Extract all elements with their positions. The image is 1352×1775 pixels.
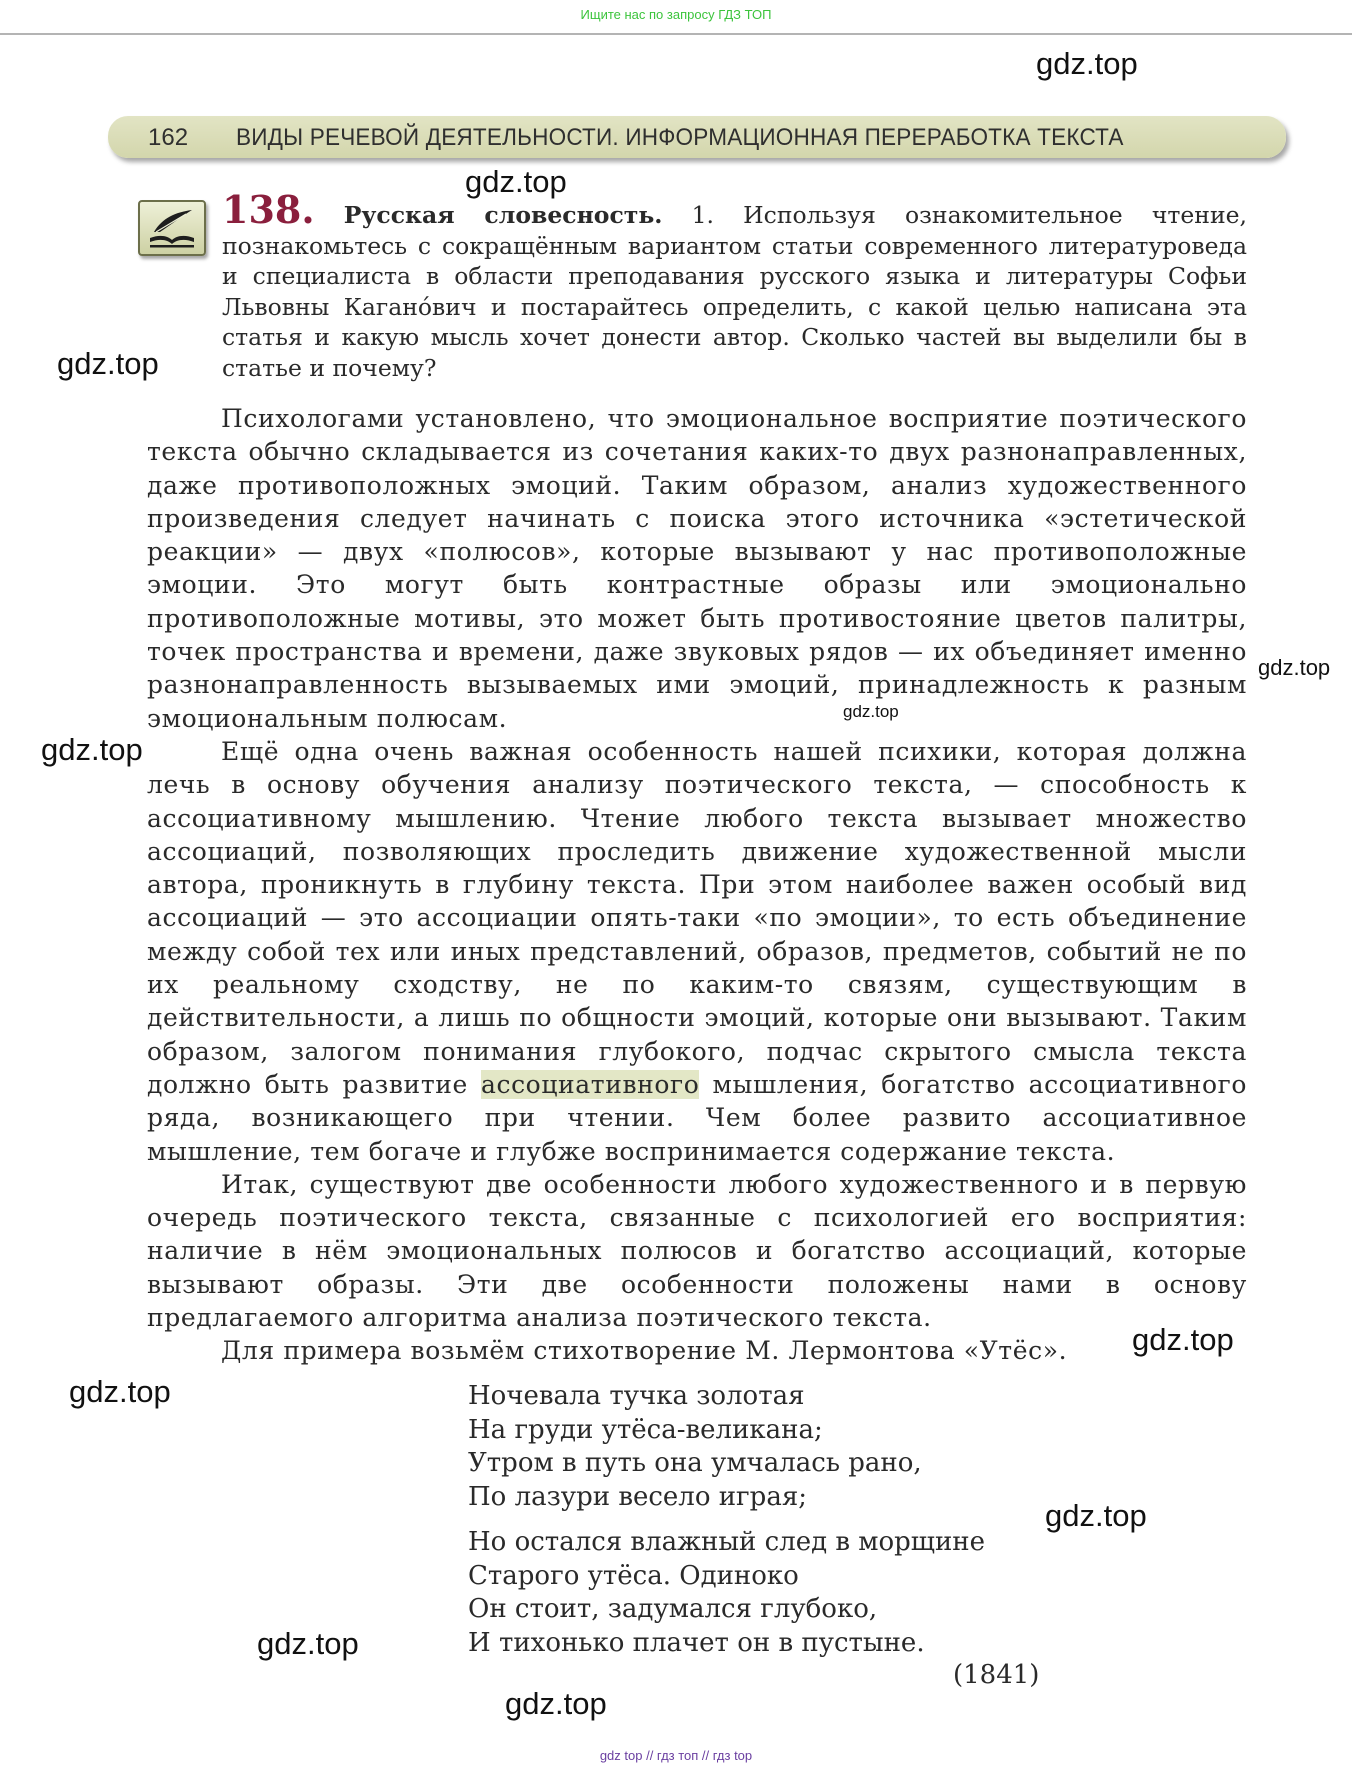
poem-line: Утром в путь она умчалась рано, <box>468 1447 985 1481</box>
exercise-task: 138. Русская словесность. 1. Используя о… <box>222 195 1247 383</box>
poem: Ночевала тучка золотая На груди утёса-ве… <box>468 1380 985 1672</box>
section-title: ВИДЫ РЕЧЕВОЙ ДЕЯТЕЛЬНОСТИ. ИНФОРМАЦИОННА… <box>236 124 1124 152</box>
watermark: gdz.top <box>57 346 159 382</box>
footer-links[interactable]: gdz top // гдз топ // гдз top <box>0 1748 1352 1763</box>
watermark: gdz.top <box>1036 46 1138 82</box>
article-paragraph: Ещё одна очень важная особенность нашей … <box>147 735 1247 1168</box>
paragraph-text: Ещё одна очень важная особенность нашей … <box>147 737 1247 1099</box>
poem-line: По лазури весело играя; <box>468 1481 985 1515</box>
top-banner: Ищите нас по запросу ГДЗ ТОП <box>0 0 1352 35</box>
watermark: gdz.top <box>843 702 899 722</box>
article-text: Психологами установлено, что эмоциональн… <box>147 402 1247 1368</box>
poem-year: (1841) <box>953 1660 1039 1690</box>
poem-line: Но остался влажный след в морщине <box>468 1526 985 1560</box>
watermark: gdz.top <box>1132 1322 1234 1358</box>
poem-line: И тихонько плачет он в пустыне. <box>468 1627 985 1661</box>
watermark: gdz.top <box>1258 655 1330 681</box>
exercise-number: 138. <box>222 187 315 232</box>
watermark: gdz.top <box>257 1626 359 1662</box>
poem-line: Он стоит, задумался глубоко, <box>468 1593 985 1627</box>
watermark: gdz.top <box>41 732 143 768</box>
watermark: gdz.top <box>1045 1498 1147 1534</box>
poem-line: На груди утёса-великана; <box>468 1414 985 1448</box>
article-paragraph: Итак, существуют две особенности любого … <box>147 1168 1247 1334</box>
watermark: gdz.top <box>505 1686 607 1722</box>
exercise-topic: Русская словесность. <box>344 201 663 229</box>
poem-line: Старого утёса. Одиноко <box>468 1560 985 1594</box>
watermark: gdz.top <box>69 1374 171 1410</box>
article-paragraph: Для примера возьмём стихотворение М. Лер… <box>147 1334 1247 1367</box>
article-paragraph: Психологами установлено, что эмоциональн… <box>147 402 1247 735</box>
page-header: 162 ВИДЫ РЕЧЕВОЙ ДЕЯТЕЛЬНОСТИ. ИНФОРМАЦИ… <box>108 116 1286 158</box>
poem-line: Ночевала тучка золотая <box>468 1380 985 1414</box>
promo-text[interactable]: Ищите нас по запросу ГДЗ ТОП <box>0 7 1352 22</box>
poem-stanza: Но остался влажный след в морщине Старог… <box>468 1526 985 1660</box>
quill-book-icon <box>138 200 206 256</box>
poem-stanza: Ночевала тучка золотая На груди утёса-ве… <box>468 1380 985 1514</box>
page-number: 162 <box>148 124 188 152</box>
highlighted-word[interactable]: ассоциативного <box>481 1070 699 1099</box>
